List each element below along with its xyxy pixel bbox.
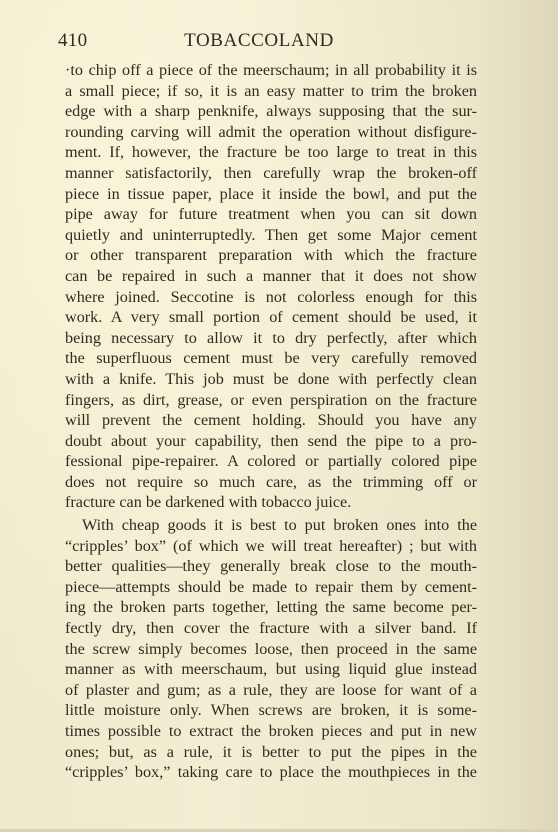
text-line: With cheap goods it is best to put broke…	[65, 515, 477, 536]
text-line: fracture can be darkened with tobacco ju…	[65, 492, 477, 513]
text-line: ·to chip off a piece of the meerschaum; …	[65, 60, 477, 81]
text-line: can be repaired in such a manner that it…	[65, 266, 477, 287]
text-line: piece—attempts should be made to repair …	[65, 577, 477, 598]
running-head: 410 TOBACCOLAND	[58, 30, 498, 54]
text-line: “cripples’ box,” taking care to place th…	[65, 762, 477, 783]
body-text: ·to chip off a piece of the meerschaum; …	[65, 60, 477, 783]
paragraph: With cheap goods it is best to put broke…	[65, 515, 477, 783]
text-line: work. A very small portion of cement sho…	[65, 307, 477, 328]
paragraph: ·to chip off a piece of the meerschaum; …	[65, 60, 477, 513]
text-line: better qualities—they generally break cl…	[65, 556, 477, 577]
text-line: manner satisfactorily, then carefully wr…	[65, 163, 477, 184]
text-line: the screw simply becomes loose, then pro…	[65, 639, 477, 660]
text-line: fectly dry, then cover the fracture with…	[65, 618, 477, 639]
text-line: a small piece; if so, it is an easy matt…	[65, 81, 477, 102]
book-page: 410 TOBACCOLAND ·to chip off a piece of …	[0, 0, 558, 832]
text-line: fingers, as dirt, grease, or even perspi…	[65, 390, 477, 411]
text-line: doubt about your capability, then send t…	[65, 431, 477, 452]
text-line: with a knife. This job must be done with…	[65, 369, 477, 390]
text-line: or other transparent preparation with wh…	[65, 245, 477, 266]
text-line: rounding carving will admit the operatio…	[65, 122, 477, 143]
text-line: does not require so much care, as the tr…	[65, 472, 477, 493]
text-line: times possible to extract the broken pie…	[65, 721, 477, 742]
text-line: pipe away for future treatment when you …	[65, 204, 477, 225]
text-line: quietly and uninterruptedly. Then get so…	[65, 225, 477, 246]
text-line: the superfluous cement must be very care…	[65, 348, 477, 369]
book-title: TOBACCOLAND	[58, 30, 460, 52]
text-line: ones; but, as a rule, it is better to pu…	[65, 742, 477, 763]
text-line: ment. If, however, the fracture be too l…	[65, 142, 477, 163]
text-line: “cripples’ box” (of which we will treat …	[65, 536, 477, 557]
text-line: piece in tissue paper, place it inside t…	[65, 184, 477, 205]
text-line: where joined. Seccotine is not colorless…	[65, 287, 477, 308]
text-line: fessional pipe-repairer. A colored or pa…	[65, 451, 477, 472]
text-line: manner as with meerschaum, but using liq…	[65, 659, 477, 680]
text-line: will prevent the cement holding. Should …	[65, 410, 477, 431]
text-line: ing the broken parts together, letting t…	[65, 597, 477, 618]
text-line: little moisture only. When screws are br…	[65, 700, 477, 721]
text-line: edge with a sharp penknife, always suppo…	[65, 101, 477, 122]
text-line: being necessary to allow it to dry perfe…	[65, 328, 477, 349]
text-line: of plaster and gum; as a rule, they are …	[65, 680, 477, 701]
